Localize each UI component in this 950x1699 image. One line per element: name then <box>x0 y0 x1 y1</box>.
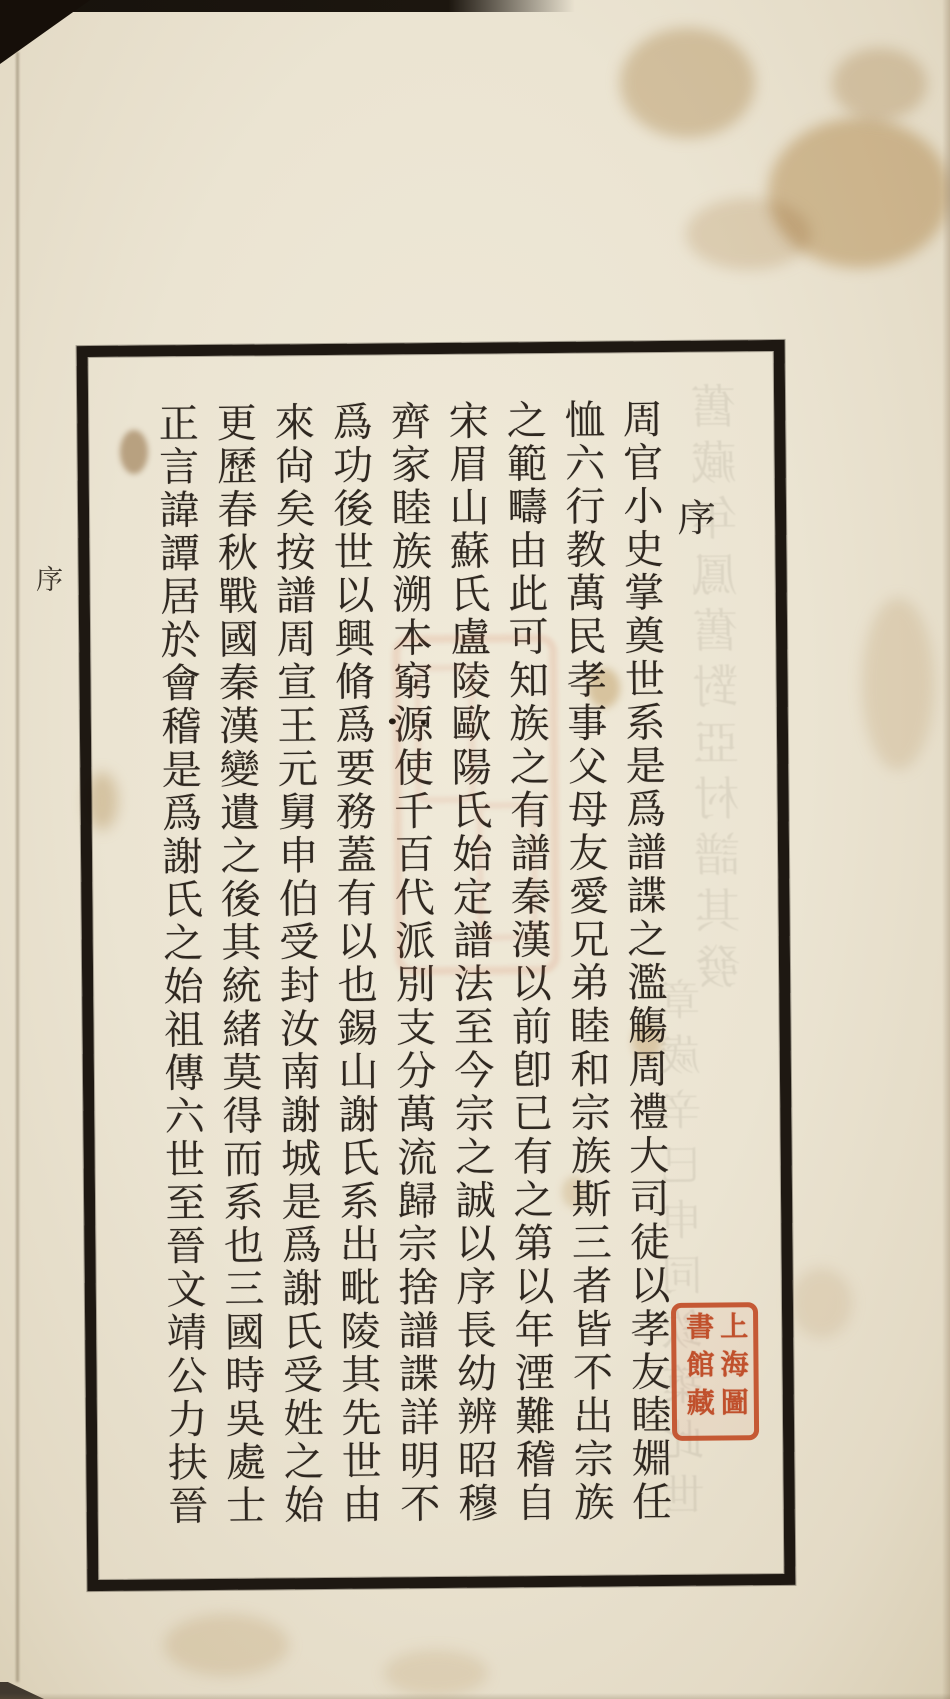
stain <box>832 48 927 120</box>
stain <box>164 1614 289 1676</box>
stain <box>384 1650 488 1696</box>
text-block-content: 舊藏年鳳舊對亞村譜其發 章歲辛巳申同欽築此世 序 周官小史掌奠世系是爲譜諜之濫觴… <box>88 351 785 1580</box>
page-right-edge-shading <box>942 0 950 1699</box>
stain <box>620 28 755 138</box>
seal-bleedthrough-block <box>414 665 475 804</box>
ink-speck <box>421 720 426 725</box>
bleedthrough-ghost-column-b: 章歲辛巳申同欽築此世 <box>652 978 717 1529</box>
text-column-8: 更歷春秋戰國秦漢變遺之後其統緒莫得而系也三國時吳處士 <box>205 401 272 1527</box>
text-column-7: 來尙矣按譜周宣王元舅申伯受封汝南謝城是爲謝氏受姓之始 <box>263 401 330 1527</box>
stain <box>862 598 934 770</box>
page-left-fold-line <box>16 52 19 1682</box>
seal-bleedthrough-outline <box>392 634 560 975</box>
scanned-book-page: 序 舊藏年鳳舊對亞村譜其發 章歲辛巳申同欽築此世 序 周官小史掌奠世系是爲譜諜之… <box>0 0 950 1699</box>
margin-page-label: 序 <box>36 558 63 597</box>
stain <box>790 1268 852 1338</box>
library-collection-seal: 上海圖書館藏 <box>671 1302 759 1441</box>
text-block-frame: 舊藏年鳳舊對亞村譜其發 章歲辛巳申同欽築此世 序 周官小史掌奠世系是爲譜諜之濫觴… <box>77 340 796 1591</box>
seal-bleedthrough-block <box>477 802 538 941</box>
stain <box>768 118 950 268</box>
ink-speck <box>389 718 396 724</box>
text-column-6: 爲功後世以興脩爲要務蓋有以也錫山謝氏系出毗陵其先世由 <box>321 400 388 1526</box>
bleedthrough-ghost-column-a: 舊藏年鳳舊對亞村譜其發 <box>683 382 754 999</box>
text-column-9: 正言諱譚居於會稽是爲謝氏之始祖傳六世至晉文靖公力扶晉 <box>147 402 214 1528</box>
page-bottom-edge-shading <box>0 1693 950 1699</box>
stain <box>686 198 811 270</box>
text-column-2: 恤六行教萬民孝事父母友愛兄弟睦和宗族斯三者皆不出宗族 <box>553 398 620 1524</box>
library-collection-seal-text: 上海圖書館藏 <box>679 1311 750 1432</box>
